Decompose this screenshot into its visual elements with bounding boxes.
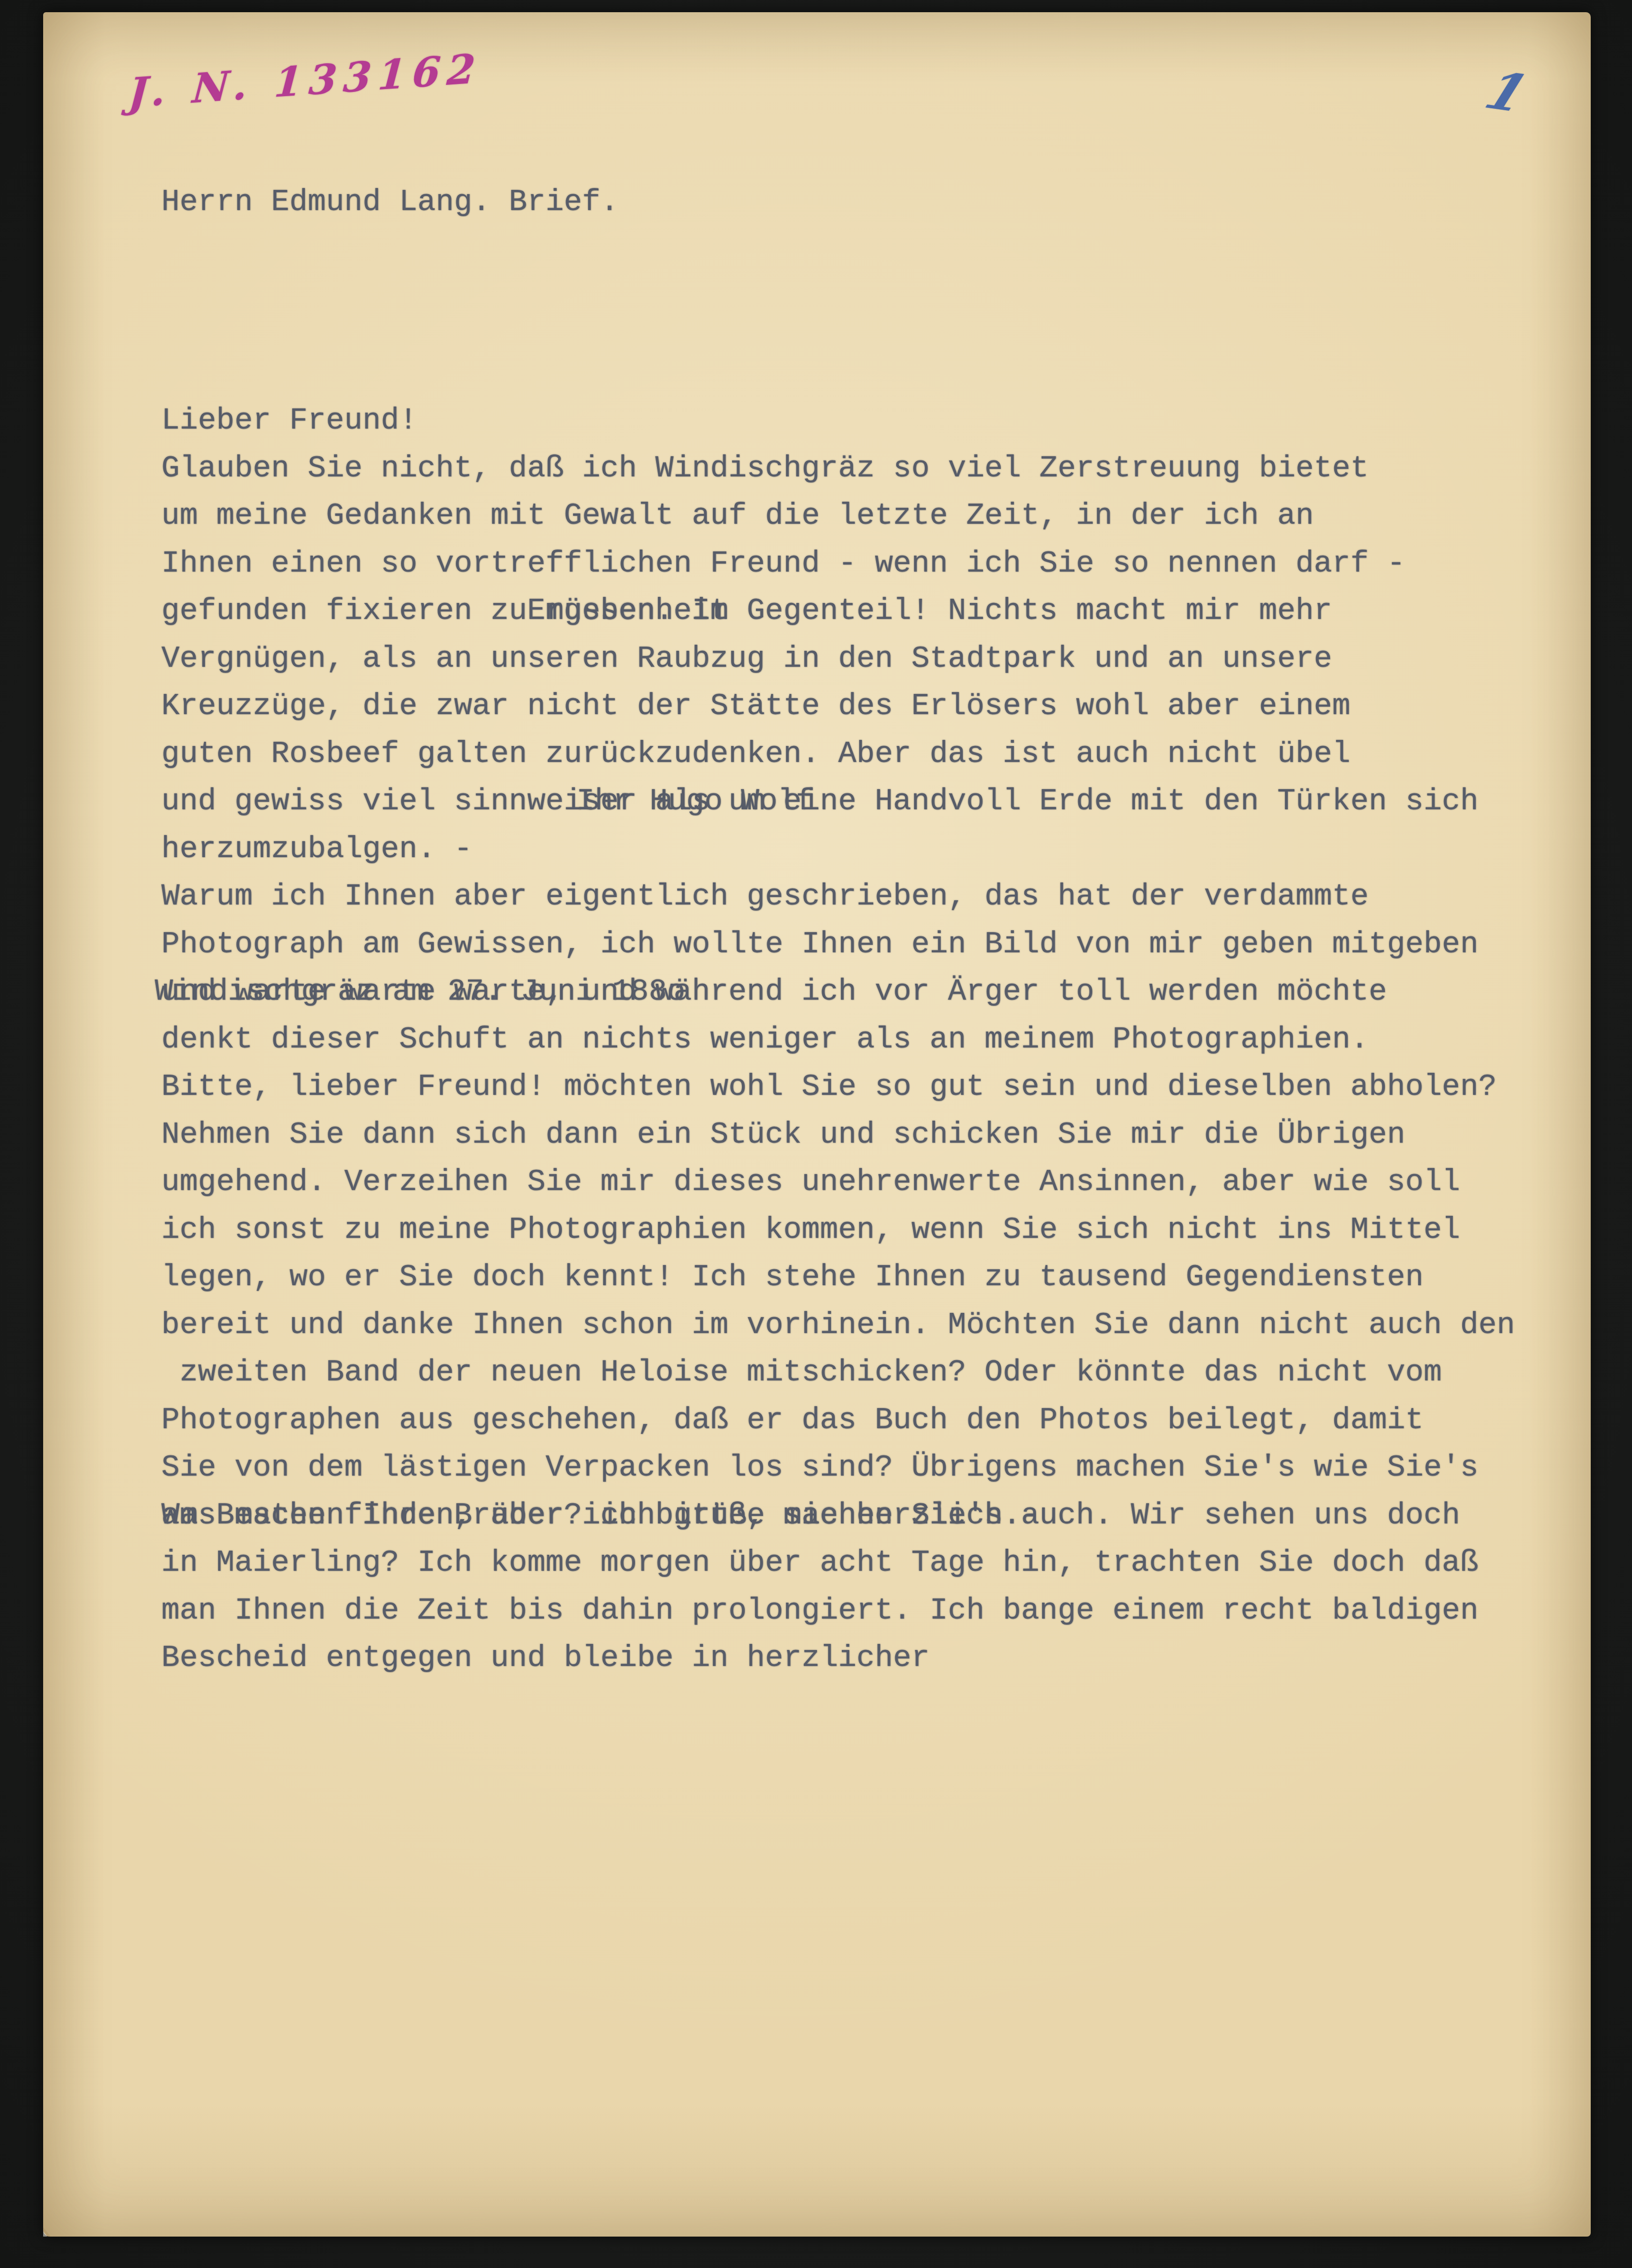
- letter-line: Warum ich Ihnen aber eigentlich geschrie…: [161, 873, 1515, 921]
- handwritten-page-number: 1: [1478, 61, 1537, 124]
- letter-line: herzumzubalgen. -: [161, 826, 1515, 874]
- letter-page: J. N. 133162 1 Herrn Edmund Lang. Brief.…: [43, 12, 1591, 2237]
- letter-line: legen, wo er Sie doch kennt! Ich stehe I…: [161, 1254, 1515, 1302]
- letter-line: um meine Gedanken mit Gewalt auf die let…: [161, 492, 1515, 540]
- letter-line: umgehend. Verzeihen Sie mir dieses unehr…: [161, 1159, 1515, 1206]
- letter-line: denkt dieser Schuft an nichts weniger al…: [161, 1016, 1515, 1064]
- letter-line: Photograph am Gewissen, ich wollte Ihnen…: [161, 921, 1515, 969]
- letter-line: zweiten Band der neuen Heloise mitschick…: [161, 1349, 1515, 1397]
- letter-line: Vergnügen, als an unseren Raubzug in den…: [161, 635, 1515, 683]
- letter-line: Nehmen Sie dann sich dann ein Stück und …: [161, 1111, 1515, 1159]
- letter-line: Glauben Sie nicht, daß ich Windischgräz …: [161, 445, 1515, 493]
- letter-line: Kreuzzüge, die zwar nicht der Stätte des…: [161, 683, 1515, 731]
- letter-line: gefunden fixieren zu müssen. Im Gegentei…: [161, 588, 1515, 635]
- letter-line: guten Rosbeef galten zurückzudenken. Abe…: [161, 731, 1515, 778]
- inventory-number-stamp: J. N. 133162: [127, 45, 483, 117]
- letter-header: Herrn Edmund Lang. Brief.: [161, 185, 619, 219]
- letter-line: man Ihnen die Zeit bis dahin prolongiert…: [161, 1587, 1515, 1635]
- body-lines-container: Lieber Freund!Glauben Sie nicht, daß ich…: [161, 397, 1515, 445]
- letter-line: in Maierling? Ich komme morgen über acht…: [161, 1539, 1515, 1587]
- letter-body: Lieber Freund!Glauben Sie nicht, daß ich…: [161, 302, 1515, 1635]
- letter-line: Bitte, lieber Freund! möchten wohl Sie s…: [161, 1063, 1515, 1111]
- letter-line: Bescheid entgegen und bleibe in herzlich…: [161, 1635, 1515, 1682]
- letter-line: Photographen aus geschehen, daß er das B…: [161, 1397, 1515, 1445]
- letter-line: bereit und danke Ihnen schon im vorhinei…: [161, 1302, 1515, 1349]
- letter-line: Sie von dem lästigen Verpacken los sind?…: [161, 1444, 1515, 1492]
- letter-line: ich sonst zu meine Photographien kommen,…: [161, 1206, 1515, 1254]
- letter-line: Lieber Freund!: [161, 397, 1515, 445]
- letter-line: Ihnen einen so vortrefflichen Freund - w…: [161, 540, 1515, 588]
- letter-line: und gewiss viel sinnweiser als um eine H…: [161, 778, 1515, 826]
